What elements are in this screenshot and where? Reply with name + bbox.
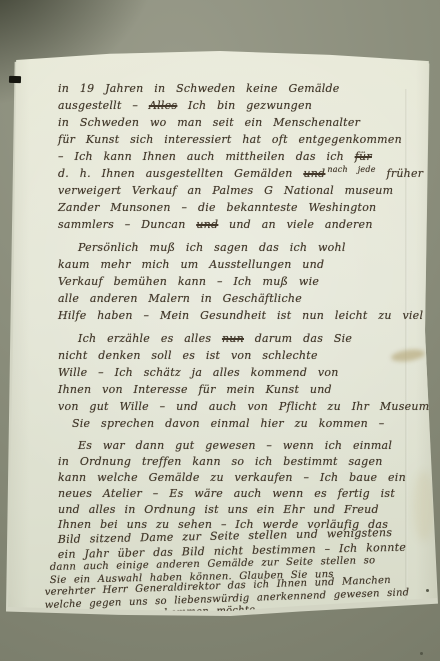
handwriting-line: kaum mehr mich um Ausstellungen und <box>58 256 432 273</box>
handwriting-text: Es war dann gut gewesen – wenn ich einma… <box>78 439 392 452</box>
handwriting-text: Zander Munsonen – die bekannteste Weshin… <box>58 201 376 214</box>
handwriting-line: sammlers – Duncan und und an viele ander… <box>58 216 432 233</box>
handwriting-line: Verkauf bemühen kann – Ich muß wie <box>58 273 432 290</box>
handwriting-line: kann welche Gemälde zu verkaufen – Ich b… <box>58 470 432 486</box>
handwriting-text: für Kunst sich interessiert hat oft entg… <box>58 133 402 146</box>
handwriting-line: Hilfe haben – Mein Gesundheit ist nun le… <box>58 307 432 324</box>
handwriting-text: Sie sprechen davon einmal hier zu kommen… <box>72 417 384 430</box>
inserted-word: nach jede <box>327 165 375 174</box>
handwriting-lines: in 19 Jahren in Schweden keine Gemäldeau… <box>58 80 432 625</box>
handwriting-text: in 19 Jahren in Schweden keine Gemälde <box>58 82 340 95</box>
handwriting-text: Wille – Ich schätz ja alles kommend von <box>58 366 339 379</box>
handwriting-text: Ich bin gezwungen <box>177 99 312 112</box>
handwriting-line: in Ordnung treffen kann so ich bestimmt … <box>58 454 432 470</box>
struck-word: nun <box>222 332 244 345</box>
handwriting-text: – Ich kann Ihnen auch mittheilen das ich <box>58 150 355 163</box>
handwriting-line: Ihnen von Interesse für mein Kunst und <box>58 381 432 398</box>
struck-word: Alles <box>149 99 177 112</box>
handwriting-text: und alles in Ordnung ist uns ein Ehr und… <box>58 503 379 516</box>
handwriting-line: ausgestellt – Alles Ich bin gezwungen <box>58 97 432 114</box>
handwriting-line: neues Atelier – Es wäre auch wenn es fer… <box>58 486 432 502</box>
dust-speck <box>420 652 423 655</box>
handwriting-text: alle anderen Malern in Geschäftliche <box>58 292 302 305</box>
handwriting-line: Es war dann gut gewesen – wenn ich einma… <box>58 438 432 454</box>
handwriting-text: verweigert Verkauf an Palmes G National … <box>58 184 393 197</box>
handwriting-text: sammlers – Duncan <box>58 218 196 231</box>
handwriting-text: ausgestellt – <box>58 99 149 112</box>
handwriting-line: d. h. Ihnen ausgestellten Gemälden undna… <box>58 165 432 182</box>
clamp-mark <box>9 76 21 83</box>
handwriting-text: in Ordnung treffen kann so ich bestimmt … <box>58 455 383 468</box>
dust-speck <box>426 589 429 592</box>
handwriting-text: Verkauf bemühen kann – Ich muß wie <box>58 275 319 288</box>
handwriting-line: für Kunst sich interessiert hat oft entg… <box>58 131 432 148</box>
handwriting-line: Wille – Ich schätz ja alles kommend von <box>58 364 432 381</box>
handwriting-text: in Schweden wo man seit ein Menschenalte… <box>58 116 360 129</box>
photo-of-letter: in 19 Jahren in Schweden keine Gemäldeau… <box>0 0 440 661</box>
handwriting-line: Zander Munsonen – die bekannteste Weshin… <box>58 199 432 216</box>
handwriting-text: Persönlich muß ich sagen das ich wohl <box>78 241 346 254</box>
handwriting-line: Persönlich muß ich sagen das ich wohl <box>58 239 432 256</box>
handwriting-text: kaum mehr mich um Ausstellungen und <box>58 258 324 271</box>
struck-word: und <box>196 218 218 231</box>
handwriting-text: Ich erzähle es alles <box>78 332 222 345</box>
handwriting-text: von gut Wille – und auch von Pflicht zu … <box>58 400 429 413</box>
handwriting-line: in 19 Jahren in Schweden keine Gemälde <box>58 80 432 97</box>
stain-dot <box>60 654 66 660</box>
struck-word: für <box>355 150 372 163</box>
struck-word: und <box>303 167 325 180</box>
handwriting-text: kann welche Gemälde zu verkaufen – Ich b… <box>58 471 406 484</box>
handwriting-line: und alles in Ordnung ist uns ein Ehr und… <box>58 502 432 517</box>
handwriting-line: verweigert Verkauf an Palmes G National … <box>58 182 432 199</box>
handwriting-text: nicht denken soll es ist von schlechte <box>58 349 318 362</box>
letter-page: in 19 Jahren in Schweden keine Gemäldeau… <box>8 51 437 612</box>
handwriting-text: neues Atelier – Es wäre auch wenn es fer… <box>58 487 395 500</box>
handwriting-text: Hilfe haben – Mein Gesundheit ist nun le… <box>58 309 423 322</box>
handwriting-line: von gut Wille – und auch von Pflicht zu … <box>58 398 432 415</box>
handwriting-text: d. h. Ihnen ausgestellten Gemälden <box>58 167 303 180</box>
handwriting-line: alle anderen Malern in Geschäftliche <box>58 290 432 307</box>
handwriting-line: nicht denken soll es ist von schlechte <box>58 347 432 364</box>
handwriting-text: und an viele anderen <box>218 218 372 231</box>
handwriting-text: darum das Sie <box>244 332 352 345</box>
handwriting-line: Sie sprechen davon einmal hier zu kommen… <box>58 415 432 432</box>
handwriting-text: früher <box>376 167 424 180</box>
handwriting-text: Ihnen von Interesse für mein Kunst und <box>58 383 332 396</box>
stain-bottom-left <box>46 644 62 655</box>
handwriting-line: in Schweden wo man seit ein Menschenalte… <box>58 114 432 131</box>
handwriting-line: – Ich kann Ihnen auch mittheilen das ich… <box>58 148 432 165</box>
handwriting-line: Ich erzähle es alles nun darum das Sie <box>58 330 432 347</box>
